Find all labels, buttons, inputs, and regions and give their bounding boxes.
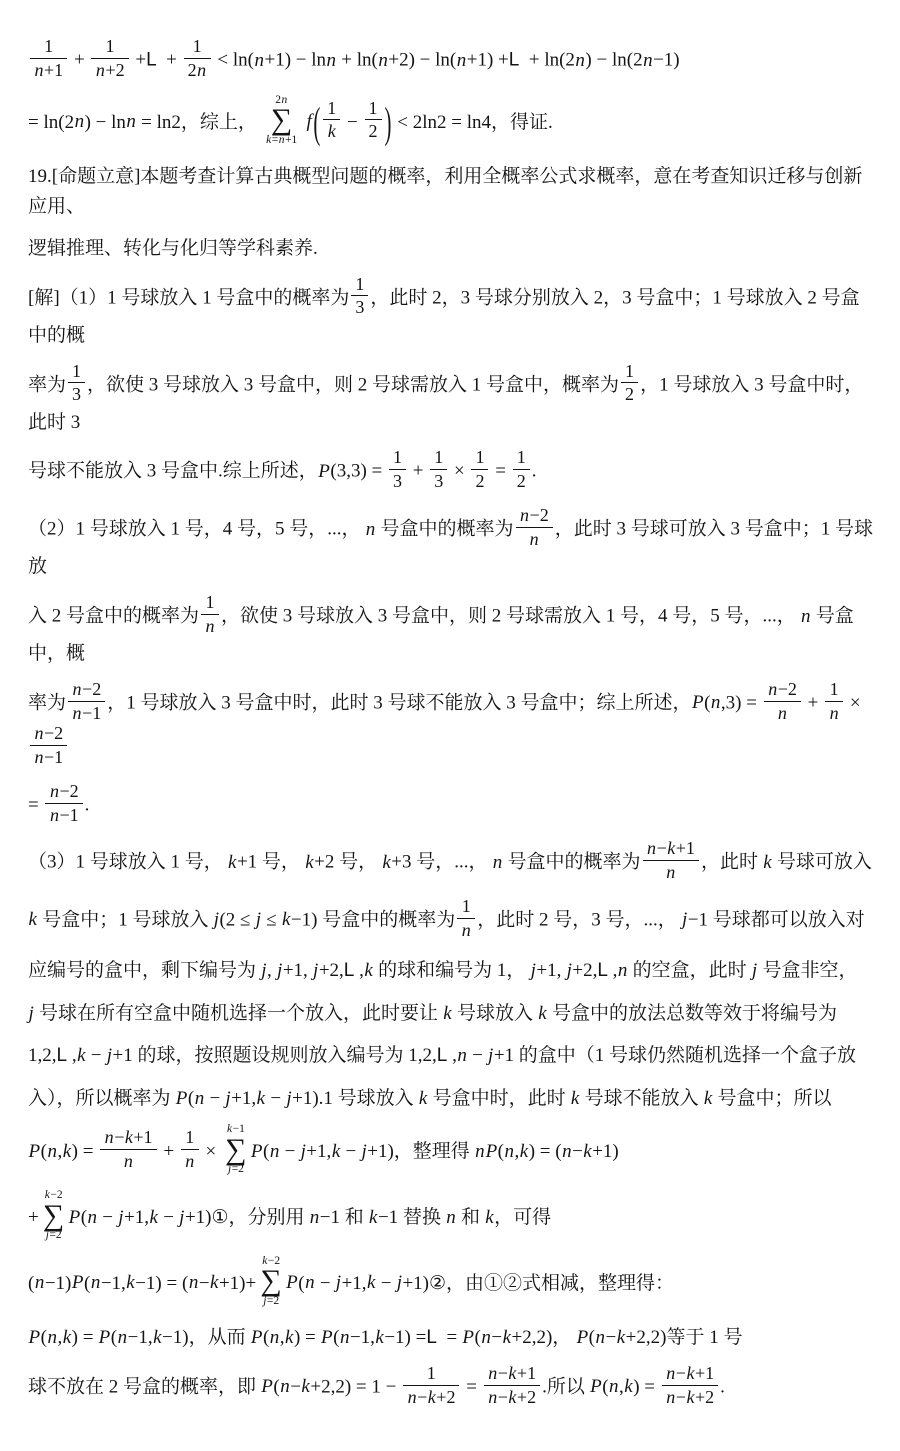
text-run: ，从而 bbox=[189, 1327, 251, 1348]
text-run: 和 bbox=[340, 1207, 369, 1228]
solution-part3-line-1: （3）1 号球放入 1 号， k+1 号， k+2 号， k+3 号，...， … bbox=[28, 841, 876, 886]
fraction: 1n bbox=[455, 896, 477, 941]
text-run: ，欲使 3 号球放入 3 号盒中，则 2 号球需放入 1 号盒中，概率为 bbox=[87, 374, 619, 395]
math-run: P(n,k) = P(n−1,k−1) bbox=[28, 1327, 189, 1348]
math-run: = ln(2n) − lnn = ln2 bbox=[28, 111, 181, 132]
math-run: k bbox=[538, 1003, 547, 1024]
fraction: 1k bbox=[321, 98, 342, 143]
recursion-formula-line-1: P(n,k) = n−k+1n + 1n × k−1∑j=2P(n − j+1,… bbox=[28, 1126, 876, 1179]
text-run: .1 号球放入 bbox=[319, 1088, 419, 1109]
proof-ineq-line: 1n+1 + 1n+2 +L + 12n < ln(n+1) − lnn + l… bbox=[28, 39, 876, 84]
text-run: 号盒中时，此时 bbox=[428, 1088, 571, 1109]
text-run: 的盒中（1 号球仍然随机选择一个盒子放 bbox=[514, 1045, 856, 1066]
solution-part2-line-2: 入 2 号盒中的概率为1n，欲使 3 号球放入 3 号盒中，则 2 号球需放入 … bbox=[28, 595, 876, 669]
math-run: < 2ln2 = ln4 bbox=[393, 111, 492, 132]
summation-symbol: 2n∑k=n+1 bbox=[266, 94, 298, 147]
math-run: n bbox=[492, 852, 503, 873]
math-run: < ln(n+1) − lnn + ln(n+2) − ln(n+1) +L +… bbox=[213, 50, 680, 71]
summation-symbol: k−2∑j=2 bbox=[260, 1255, 281, 1308]
solution-part3-line-4: j 号球在所有空盒中随机选择一个放入，此时要让 k 号球放入 k 号盒中的放法总… bbox=[28, 999, 876, 1028]
final-derivation-line-1: P(n,k) = P(n−1,k−1)，从而 P(n,k) = P(n−1,k−… bbox=[28, 1323, 876, 1352]
fraction: n−2n−1 bbox=[66, 679, 107, 724]
text-run: 和 bbox=[456, 1207, 485, 1228]
math-run: k+1 bbox=[228, 852, 258, 873]
math-run: P(n,k) = bbox=[28, 1141, 98, 1162]
solution-part3-line-2: k 号盒中；1 号球放入 j(2 ≤ j ≤ k−1) 号盒中的概率为1n，此时… bbox=[28, 899, 876, 944]
text-run: 替换 bbox=[398, 1207, 446, 1228]
math-run: j−1 bbox=[682, 909, 709, 930]
text-run: 逻辑推理、转化与化归等学科素养. bbox=[28, 238, 318, 259]
fraction: n−2n−1 bbox=[28, 723, 69, 768]
fraction: 1n+2 bbox=[89, 36, 130, 81]
document-page: 1n+1 + 1n+2 +L + 12n < ln(n+1) − lnn + l… bbox=[0, 0, 900, 1451]
fraction: 12n bbox=[182, 36, 213, 81]
text-run: ，此时 2 号，3 号，...， bbox=[477, 909, 681, 930]
text-run: 率为 bbox=[28, 374, 66, 395]
text-run: ，得证. bbox=[491, 111, 553, 132]
text-run: ，综上， bbox=[181, 111, 262, 132]
math-run: k bbox=[703, 1088, 712, 1109]
text-run: 号， bbox=[334, 852, 382, 873]
summation-symbol: k−1∑j=2 bbox=[225, 1123, 246, 1176]
math-run: = bbox=[490, 461, 510, 482]
text-run: （2）1 号球放入 1 号，4 号，5 号，...， bbox=[28, 519, 365, 540]
text-run: 号球在所有空盒中随机选择一个放入，此时要让 bbox=[34, 1003, 443, 1024]
text-run: 号球放入 bbox=[452, 1003, 538, 1024]
fraction: 13 bbox=[349, 274, 370, 319]
text-run: （3）1 号球放入 1 号， bbox=[28, 852, 228, 873]
text-run: ②，由①②式相减，整理得： bbox=[429, 1272, 674, 1293]
math-run: P(3,3) = bbox=[318, 461, 387, 482]
math-run: (n−1)P(n−1,k−1) = (n−k+1)+ bbox=[28, 1272, 256, 1293]
document-body: 1n+1 + 1n+2 +L + 12n < ln(n+1) − lnn + l… bbox=[28, 39, 876, 1410]
sigma-glyph: ∑ bbox=[43, 1202, 64, 1230]
fraction: n−k+1n bbox=[98, 1127, 158, 1172]
text-run: 19.[命题立意]本题考查计算古典概型问题的概率，利用全概率公式求概率，意在考查… bbox=[28, 166, 862, 216]
math-run: × bbox=[845, 692, 865, 713]
text-run: . bbox=[532, 461, 537, 482]
text-run: 号球不能放入 bbox=[580, 1088, 704, 1109]
sigma-glyph: ∑ bbox=[260, 1267, 281, 1295]
solution-part1-line-3: 号球不能放入 3 号盒中.综上所述，P(3,3) = 13 + 13 × 12 … bbox=[28, 450, 876, 495]
final-derivation-line-2: 球不放在 2 号盒的概率，即 P(n−k+2,2) = 1 − 1n−k+2 =… bbox=[28, 1366, 876, 1411]
fraction: 12 bbox=[619, 361, 640, 406]
text-run: 球不放在 2 号盒的概率，即 bbox=[28, 1376, 261, 1397]
math-run: P(n,k) = P(n−1,k−1) =L = P(n−k+2,2) bbox=[250, 1327, 552, 1348]
math-run: j, j+1, j+2,L ,k bbox=[261, 960, 374, 981]
sigma-glyph: ∑ bbox=[225, 1136, 246, 1164]
fraction: 12 bbox=[469, 447, 490, 492]
math-run: × bbox=[201, 1141, 221, 1162]
sigma-glyph: ∑ bbox=[271, 106, 292, 134]
text-run: ，可得 bbox=[494, 1207, 551, 1228]
big-paren: ) bbox=[384, 90, 393, 156]
math-run: + bbox=[28, 1207, 39, 1228]
solution-part1-line-2: 率为13，欲使 3 号球放入 3 号盒中，则 2 号球需放入 1 号盒中，概率为… bbox=[28, 364, 876, 438]
text-run: ，此时 bbox=[701, 852, 763, 873]
problem-intent-line-2: 逻辑推理、转化与化归等学科素养. bbox=[28, 234, 876, 263]
text-run: 号，...， bbox=[412, 852, 493, 873]
math-run: P(n−k+2,2) = 1 − bbox=[261, 1376, 401, 1397]
math-run: P(n − j+1,k − j+1) bbox=[250, 1141, 393, 1162]
text-run: [解]（1）1 号球放入 1 号盒中的概率为 bbox=[28, 287, 349, 308]
solution-part3-line-6: 入），所以概率为 P(n − j+1,k − j+1).1 号球放入 k 号盒中… bbox=[28, 1084, 876, 1113]
fraction: 1n bbox=[199, 592, 221, 637]
proof-conclusion-line: = ln(2n) − lnn = ln2，综上， 2n∑k=n+1 f(1k −… bbox=[28, 97, 876, 150]
text-run: 号盒中的概率为 bbox=[503, 852, 641, 873]
text-run: 号球可放入 bbox=[772, 852, 872, 873]
fraction: n−2n bbox=[514, 505, 555, 550]
math-run: × bbox=[449, 461, 469, 482]
text-run: 号盒中的概率为 bbox=[317, 909, 455, 930]
fraction: 1n+1 bbox=[28, 36, 69, 81]
math-run: P(n,k) = bbox=[590, 1376, 660, 1397]
math-run: P(n − j+1,k − j+1) bbox=[175, 1088, 318, 1109]
math-run: 1,2,L ,n − j+1 bbox=[408, 1045, 514, 1066]
fraction: n−k+1n−k+2 bbox=[660, 1363, 720, 1408]
problem-intent-line-1: 19.[命题立意]本题考查计算古典概型问题的概率，利用全概率公式求概率，意在考查… bbox=[28, 162, 876, 221]
solution-part3-line-3: 应编号的盒中，剩下编号为 j, j+1, j+2,L ,k 的球和编号为 1， … bbox=[28, 956, 876, 985]
fraction: 1n bbox=[823, 679, 845, 724]
math-run: k+2 bbox=[305, 852, 335, 873]
text-run: 号球不能放入 3 号盒中.综上所述， bbox=[28, 461, 318, 482]
fraction: 12 bbox=[363, 98, 384, 143]
fraction: 13 bbox=[66, 361, 87, 406]
math-run: P(n − j+1,k − j+1) bbox=[68, 1207, 211, 1228]
math-run: k bbox=[443, 1003, 452, 1024]
summation-symbol: k−2∑j=2 bbox=[43, 1189, 64, 1242]
fraction: n−k+1n bbox=[641, 838, 701, 883]
math-run: k−1 bbox=[369, 1207, 399, 1228]
math-run: nP(n,k) = (n−k+1) bbox=[475, 1141, 619, 1162]
math-run: + bbox=[408, 461, 428, 482]
text-run: 率为 bbox=[28, 692, 66, 713]
fraction: 13 bbox=[387, 447, 408, 492]
math-run: − bbox=[342, 111, 362, 132]
fraction: 1n−k+2 bbox=[401, 1363, 461, 1408]
text-run: ， bbox=[552, 1327, 576, 1348]
text-run: ，1 号球放入 3 号盒中时，此时 3 号球不能放入 3 号盒中；综上所述， bbox=[107, 692, 691, 713]
text-run: 入 2 号盒中的概率为 bbox=[28, 606, 199, 627]
fraction: n−2n bbox=[762, 679, 803, 724]
text-run: 号盒中；1 号球放入 bbox=[37, 909, 213, 930]
math-run: n bbox=[801, 606, 812, 627]
solution-part1-line-1: [解]（1）1 号球放入 1 号盒中的概率为13，此时 2，3 号球分别放入 2… bbox=[28, 277, 876, 351]
math-run: + bbox=[803, 692, 823, 713]
solution-part2-line-3: 率为n−2n−1，1 号球放入 3 号盒中时，此时 3 号球不能放入 3 号盒中… bbox=[28, 682, 876, 771]
math-run: = bbox=[461, 1376, 481, 1397]
math-run: +L + bbox=[131, 50, 182, 71]
text-run: 号， bbox=[257, 852, 305, 873]
fraction: 1n bbox=[179, 1127, 201, 1172]
fraction: 13 bbox=[428, 447, 449, 492]
text-run: 号盒中；所以 bbox=[713, 1088, 832, 1109]
text-run: . bbox=[85, 794, 90, 815]
math-run: P(n − j+1,k − j+1) bbox=[286, 1272, 429, 1293]
text-run: 号盒中的概率为 bbox=[376, 519, 514, 540]
math-run: P(n−k+2,2) bbox=[576, 1327, 666, 1348]
fraction: n−k+1n−k+2 bbox=[482, 1363, 542, 1408]
math-run: 1,2,L ,k − j+1 bbox=[28, 1045, 133, 1066]
math-run: k bbox=[570, 1088, 579, 1109]
big-paren: ( bbox=[312, 90, 321, 156]
fraction: n−2n−1 bbox=[43, 781, 84, 826]
text-run: 应编号的盒中，剩下编号为 bbox=[28, 960, 261, 981]
text-run: ①，分别用 bbox=[212, 1207, 310, 1228]
recursion-formula-line-2: +k−2∑j=2P(n − j+1,k − j+1)①，分别用 n−1 和 k−… bbox=[28, 1192, 876, 1245]
text-run: 的球和编号为 1， bbox=[373, 960, 530, 981]
solution-part2-line-4: = n−2n−1. bbox=[28, 784, 876, 829]
math-run: k bbox=[763, 852, 772, 873]
text-run: . bbox=[720, 1376, 725, 1397]
math-run: k bbox=[485, 1207, 494, 1228]
math-run: + bbox=[159, 1141, 179, 1162]
text-run: 的球，按照题设规则放入编号为 bbox=[133, 1045, 409, 1066]
math-run: j+1, j+2,L ,n bbox=[530, 960, 628, 981]
math-run: P(n,3) = bbox=[691, 692, 761, 713]
math-run: k bbox=[418, 1088, 427, 1109]
text-run: .所以 bbox=[542, 1376, 590, 1397]
text-run: 的空盒，此时 bbox=[628, 960, 752, 981]
fraction: 12 bbox=[511, 447, 532, 492]
text-run: 号盒中的放法总数等效于将编号为 bbox=[547, 1003, 837, 1024]
recursion-formula-line-3: (n−1)P(n−1,k−1) = (n−k+1)+k−2∑j=2P(n − j… bbox=[28, 1258, 876, 1311]
math-run: k+3 bbox=[382, 852, 412, 873]
text-run: ，欲使 3 号球放入 3 号盒中，则 2 号球需放入 1 号，4 号，5 号，.… bbox=[221, 606, 801, 627]
text-run: 等于 1 号 bbox=[666, 1327, 742, 1348]
solution-part2-line-1: （2）1 号球放入 1 号，4 号，5 号，...， n 号盒中的概率为n−2n… bbox=[28, 508, 876, 582]
math-run: n−1 bbox=[309, 1207, 340, 1228]
math-run: n bbox=[365, 519, 376, 540]
math-run: + bbox=[69, 50, 89, 71]
text-run: 号球都可以放入对 bbox=[708, 909, 865, 930]
math-run: j(2 ≤ j ≤ k−1) bbox=[213, 909, 317, 930]
math-run: n bbox=[446, 1207, 457, 1228]
text-run: 号盒非空， bbox=[758, 960, 858, 981]
text-run: 入），所以概率为 bbox=[28, 1088, 175, 1109]
math-run: f bbox=[301, 111, 312, 132]
text-run: ，整理得 bbox=[394, 1141, 475, 1162]
solution-part3-line-5: 1,2,L ,k − j+1 的球，按照题设规则放入编号为 1,2,L ,n −… bbox=[28, 1041, 876, 1070]
math-run: = bbox=[28, 794, 43, 815]
